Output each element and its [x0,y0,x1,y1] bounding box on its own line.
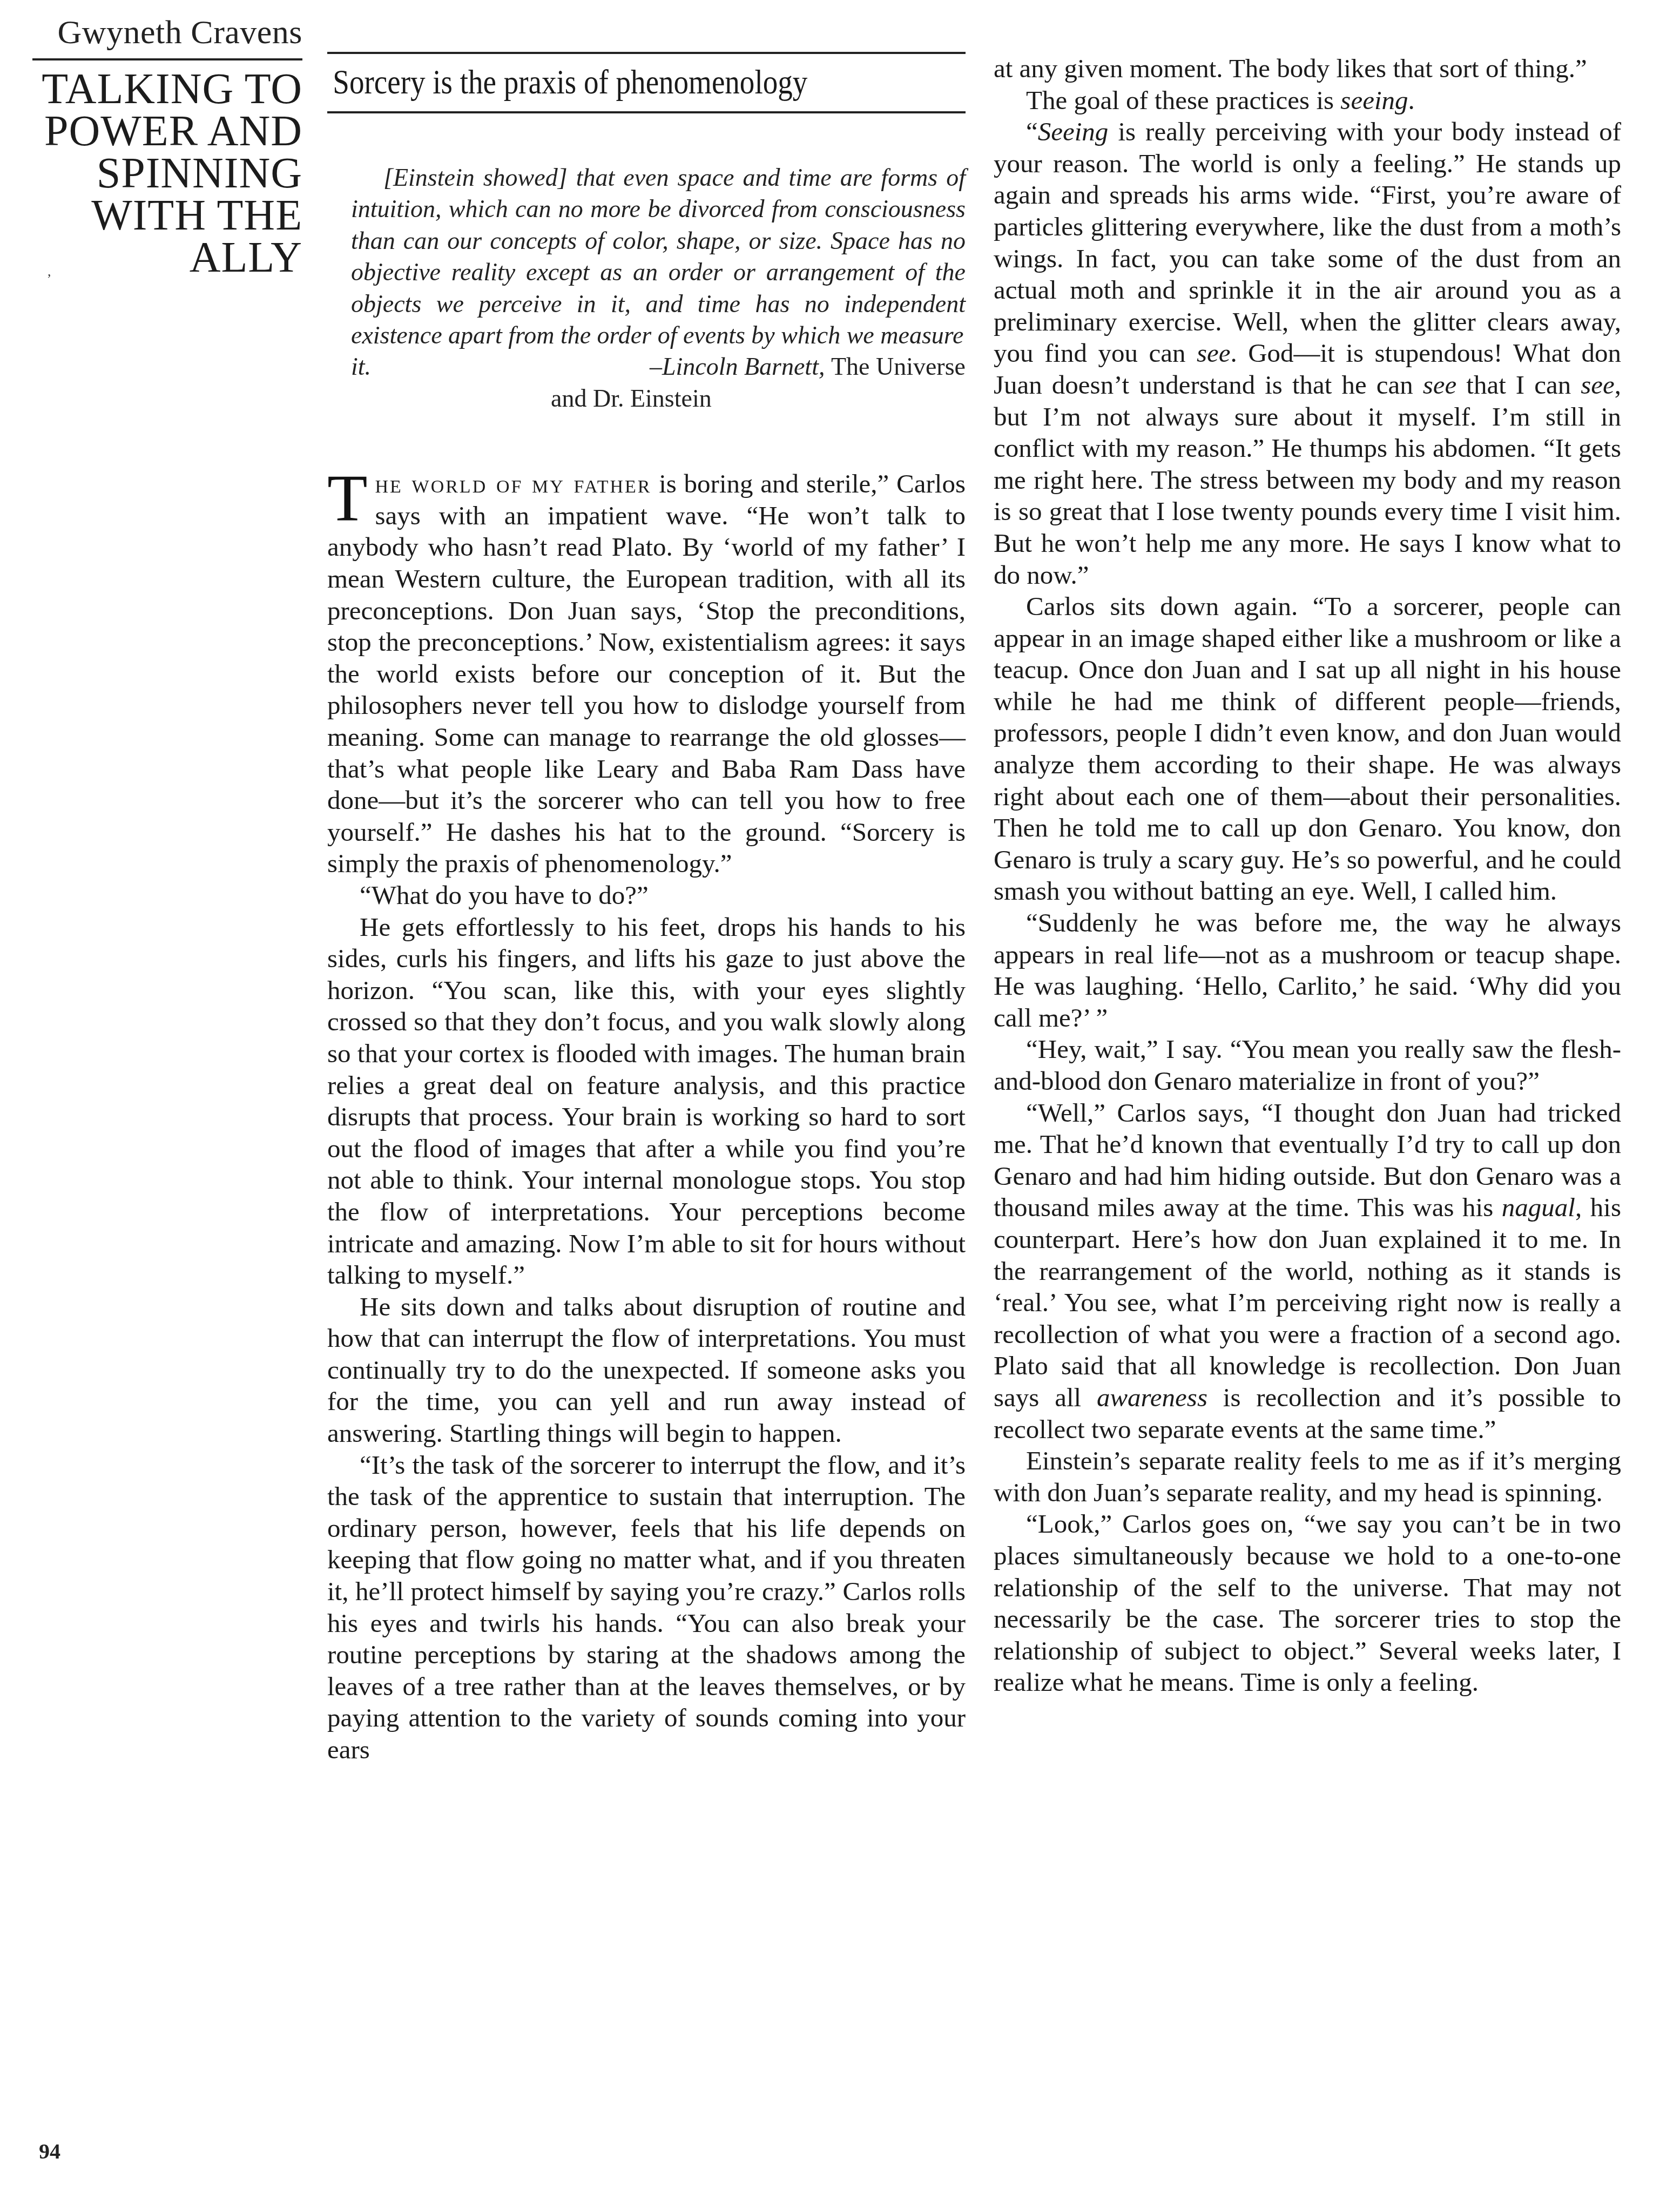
italic-term: see [1197,338,1231,368]
lead-in-smallcaps: he world of my father [375,469,652,498]
paragraph-continuation: at any given moment. The body likes that… [994,53,1621,85]
epigraph-quote: [Einstein showed] that even space and ti… [327,162,966,414]
title-line: ALLY [32,237,302,279]
paragraph: Carlos sits down again. “To a sorcerer, … [994,591,1621,907]
attribution-author: –Lincoln Barnett, [650,353,825,380]
title-line: WITH THE [32,194,302,237]
text-run: , but I’m not always sure about it mysel… [994,370,1621,590]
column-right: at any given moment. The body likes that… [994,53,1621,1698]
drop-cap: T [327,471,368,525]
epigraph-attribution: –Lincoln Barnett, The Universe [650,351,966,382]
article-body-col3: at any given moment. The body likes that… [994,53,1621,1698]
text-run: . [1408,85,1415,115]
title-line: TALKING TO [32,68,302,110]
opening-paragraph: The world of my father is boring and ste… [327,468,966,880]
article-sidebar: Gwyneth Cravens TALKING TO POWER AND SPI… [32,11,302,279]
paragraph: The goal of these practices is seeing. [994,85,1621,117]
article-title: TALKING TO POWER AND SPINNING WITH THE A… [32,68,302,279]
paragraph-text: is boring and sterile,” Carlos says with… [327,469,966,878]
title-line: SPINNING [32,152,302,194]
text-run: is really perceiving with your body inst… [994,117,1621,368]
author-byline: Gwyneth Cravens [32,11,302,54]
paragraph: “It’s the task of the sorcerer to interr… [327,1449,966,1766]
column-middle: Sorcery is the praxis of phenomenology [… [327,52,966,1766]
paragraph: “Seeing is really perceiving with your b… [994,116,1621,591]
italic-term: awareness [1097,1382,1207,1412]
italic-term: Seeing [1038,117,1109,146]
italic-term: see [1423,370,1457,400]
section-headline-box: Sorcery is the praxis of phenomenology [327,52,966,113]
section-headline: Sorcery is the praxis of phenomenology [327,58,876,106]
attribution-book-title: The Universe [831,353,966,380]
paragraph: He sits down and talks about disruption … [327,1291,966,1449]
page-number: 94 [39,2139,60,2164]
title-line: POWER AND [32,110,302,152]
article-body-col2: The world of my father is boring and ste… [327,468,966,1765]
epigraph-attribution-line: it. –Lincoln Barnett, The Universe [351,351,966,382]
paragraph: Einstein’s separate reality feels to me … [994,1445,1621,1508]
italic-term: nagual [1502,1192,1575,1222]
epigraph-text: [Einstein showed] that even space and ti… [351,162,966,351]
text-run: “ [1026,117,1038,146]
paragraph: “What do you have to do?” [327,880,966,912]
paragraph: “Suddenly he was before me, the way he a… [994,907,1621,1034]
paragraph: He gets effortlessly to his feet, drops … [327,912,966,1291]
text-run: that I can [1456,370,1581,400]
italic-term: see [1581,370,1615,400]
attribution-book-title-cont: and Dr. Einstein [351,383,966,414]
paragraph: “Hey, wait,” I say. “You mean you really… [994,1034,1621,1097]
paragraph: “Look,” Carlos goes on, “we say you can’… [994,1508,1621,1698]
italic-term: seeing [1340,85,1408,115]
text-run: , his coun­terpart. Here’s how don Juan … [994,1192,1621,1412]
paragraph: “Well,” Carlos says, “I thought don Juan… [994,1097,1621,1446]
byline-divider [32,58,302,60]
text-run: The goal of these practices is [1026,85,1340,115]
print-speck: , [48,264,51,280]
epigraph-last-word: it. [351,351,371,382]
